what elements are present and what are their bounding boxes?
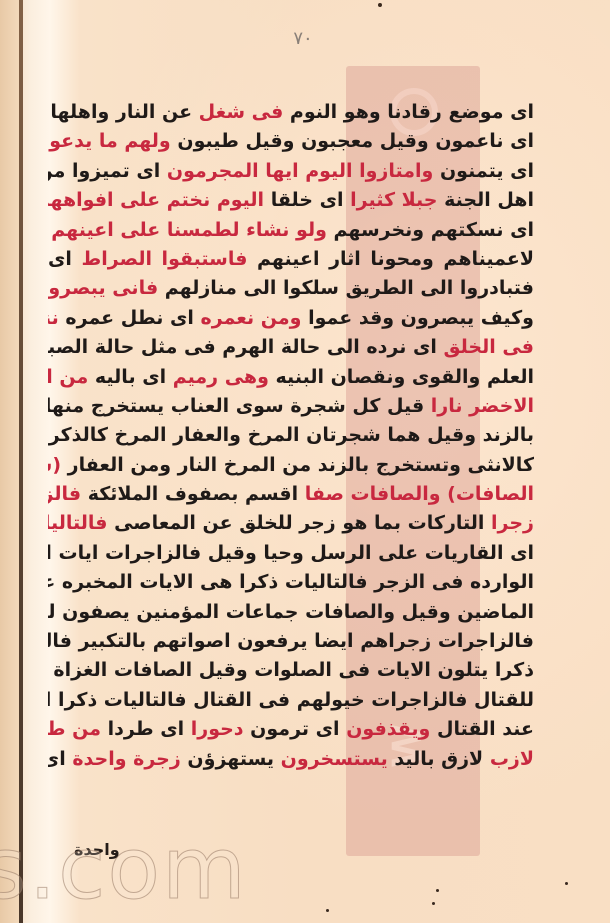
body-text: عن النار واهلها	[48, 101, 192, 123]
rubric-text: زجرة واحدة	[66, 748, 181, 770]
body-text: اى ناعمون وقيل معجبون وقيل طيبون	[171, 130, 534, 152]
rubric-text: يستسخرون	[274, 748, 388, 770]
body-text: التاركات بما هو زجر للخلق عن المعاصى	[107, 512, 484, 534]
body-text: اهل الجنة	[438, 189, 535, 211]
body-text: كالانثى وتستخرج بالزند من المرخ النار وم…	[61, 454, 534, 476]
text-line: الوارده فى الزجر فالتاليات ذكرا هى الايا…	[48, 568, 534, 597]
text-line: اهل الجنة جبلا كثيرا اى خلقا اليوم نختم …	[48, 186, 534, 215]
body-text: ذكرا يتلون الايات فى الصلوات وقيل الصافا…	[48, 659, 534, 681]
rubric-text: ويقذفون	[340, 718, 431, 740]
text-line: وكيف يبصرون وقد عموا ومن نعمره اى نطل عم…	[48, 304, 534, 333]
rubric-text: فاستبقوا الصراط	[72, 248, 248, 270]
body-text: الماضين وقيل والصافات جماعات المؤمنين يص…	[48, 601, 534, 623]
rubric-text: اليوم نختم على افواههم	[48, 189, 264, 211]
body-text: للقتال فالزاجرات خيولهم فى القتال فالتال…	[48, 689, 534, 711]
ink-dot	[378, 3, 382, 7]
body-text: اى تميزوا من	[48, 160, 160, 182]
text-line: الماضين وقيل والصافات جماعات المؤمنين يص…	[48, 598, 534, 627]
body-text: لاعميناهم ومحونا اثار اعينهم	[247, 248, 534, 270]
ink-dot	[436, 889, 439, 892]
body-text: اقسم بصفوف الملائكة	[81, 483, 298, 505]
rubric-text: ننكسه	[48, 307, 59, 329]
body-text: اى باليه	[88, 366, 166, 388]
rubric-text: ولو نشاء لطمسنا على اعينهم	[48, 219, 327, 241]
body-text: اى نسكتهم ونخرسهم	[327, 219, 534, 241]
rubric-text: فالتاليات ذكرا	[48, 512, 107, 534]
text-line: فتبادروا الى الطريق سلكوا الى منازلهم فا…	[48, 274, 534, 303]
body-text: يستهزؤن	[181, 748, 274, 770]
body-text: العلم والقوى ونقصان البنيه	[269, 366, 534, 388]
text-line: اى القاريات على الرسل وحيا وقيل فالزاجرا…	[48, 539, 534, 568]
ink-dot	[326, 909, 329, 912]
text-line: اى ناعمون وقيل معجبون وقيل طيبون ولهم ما…	[48, 127, 534, 156]
rubric-text: الاخضر نارا	[424, 395, 534, 417]
text-line: اى نسكتهم ونخرسهم ولو نشاء لطمسنا على اع…	[48, 216, 534, 245]
body-text: قيل كل شجرة سوى العناب يستخرج منها النار	[48, 395, 424, 417]
body-text: اى نرده الى حالة الهرم فى مثل حالة الصبا…	[48, 336, 437, 358]
body-text: اى القاريات على الرسل وحيا وقيل فالزاجرا…	[48, 542, 534, 564]
text-line: للقتال فالزاجرات خيولهم فى القتال فالتال…	[48, 686, 534, 715]
text-line: ذكرا يتلون الايات فى الصلوات وقيل الصافا…	[48, 656, 534, 685]
rubric-text: ولهم ما يدعون	[48, 130, 171, 152]
text-line: بالزند وقيل هما شجرتان المرخ والعفار الم…	[48, 421, 534, 450]
body-text: عند القتال	[430, 718, 534, 740]
binding-edge	[19, 0, 23, 923]
rubric-text: من الشجر	[48, 366, 88, 388]
body-text: اى صيحة	[48, 748, 66, 770]
rubric-text: جبلا كثيرا	[344, 189, 438, 211]
text-line: كالانثى وتستخرج بالزند من المرخ النار وم…	[48, 451, 534, 480]
rubric-text: لازب	[483, 748, 534, 770]
ink-dot	[432, 902, 435, 905]
rubric-text: فانى يبصرون	[48, 277, 158, 299]
body-text: اى	[48, 248, 72, 270]
body-text: اى طردا	[101, 718, 184, 740]
body-text: اى موضع رقادنا وهو النوم	[283, 101, 534, 123]
text-line: فى الخلق اى نرده الى حالة الهرم فى مثل ح…	[48, 333, 534, 362]
body-text: لازق باليد	[388, 748, 483, 770]
body-text: فالزاجرات زجراهم ايضا يرفعون اصواتهم بال…	[48, 630, 534, 652]
text-line: لازب لازق باليد يستسخرون يستهزؤن زجرة وا…	[48, 745, 534, 774]
rubric-text: وامتازوا اليوم ايها المجرمون	[160, 160, 433, 182]
text-line: العلم والقوى ونقصان البنيه وهى رميم اى ب…	[48, 363, 534, 392]
text-line: الاخضر نارا قيل كل شجرة سوى العناب يستخر…	[48, 392, 534, 421]
text-line: عند القتال ويقذفون اى ترمون دحورا اى طرد…	[48, 715, 534, 744]
body-text: اى يتمنون	[433, 160, 534, 182]
rubric-text: دحورا	[184, 718, 243, 740]
rubric-text: فى شغل	[192, 101, 283, 123]
binding-gutter	[0, 0, 19, 923]
text-line: الصافات) والصافات صفا اقسم بصفوف الملائك…	[48, 480, 534, 509]
text-line: اى يتمنون وامتازوا اليوم ايها المجرمون ا…	[48, 157, 534, 186]
text-line: فالزاجرات زجراهم ايضا يرفعون اصواتهم بال…	[48, 627, 534, 656]
rubric-text: وهى رميم	[166, 366, 269, 388]
rubric-text: فى الخلق	[437, 336, 534, 358]
body-text: فتبادروا الى الطريق سلكوا الى منازلهم	[158, 277, 534, 299]
rubric-text: ومن نعمره	[194, 307, 302, 329]
body-text: اى نطل عمره	[59, 307, 194, 329]
text-line: زجرا التاركات بما هو زجر للخلق عن المعاص…	[48, 509, 534, 538]
body-text: بالزند وقيل هما شجرتان المرخ والعفار الم…	[48, 424, 534, 446]
page-number: ٧٠	[283, 28, 323, 49]
ink-dot	[565, 882, 568, 885]
rubric-text: فالزاجرات	[48, 483, 81, 505]
body-text: الوارده فى الزجر فالتاليات ذكرا هى الايا…	[48, 571, 534, 593]
watermark-domain-text: s.com	[0, 826, 282, 912]
rubric-text: زجرا	[484, 512, 534, 534]
body-text: اى ترمون	[244, 718, 340, 740]
text-line: اى موضع رقادنا وهو النوم فى شغل عن النار…	[48, 98, 534, 127]
text-line: لاعميناهم ومحونا اثار اعينهم فاستبقوا ال…	[48, 245, 534, 274]
body-text: اى خلقا	[264, 189, 343, 211]
rubric-text: من طين	[48, 718, 101, 740]
body-text: وكيف يبصرون وقد عموا	[301, 307, 534, 329]
rubric-text: (سورة	[48, 454, 61, 476]
manuscript-text-block: اى موضع رقادنا وهو النوم فى شغل عن النار…	[48, 98, 534, 774]
rubric-text: الصافات) والصافات صفا	[298, 483, 534, 505]
